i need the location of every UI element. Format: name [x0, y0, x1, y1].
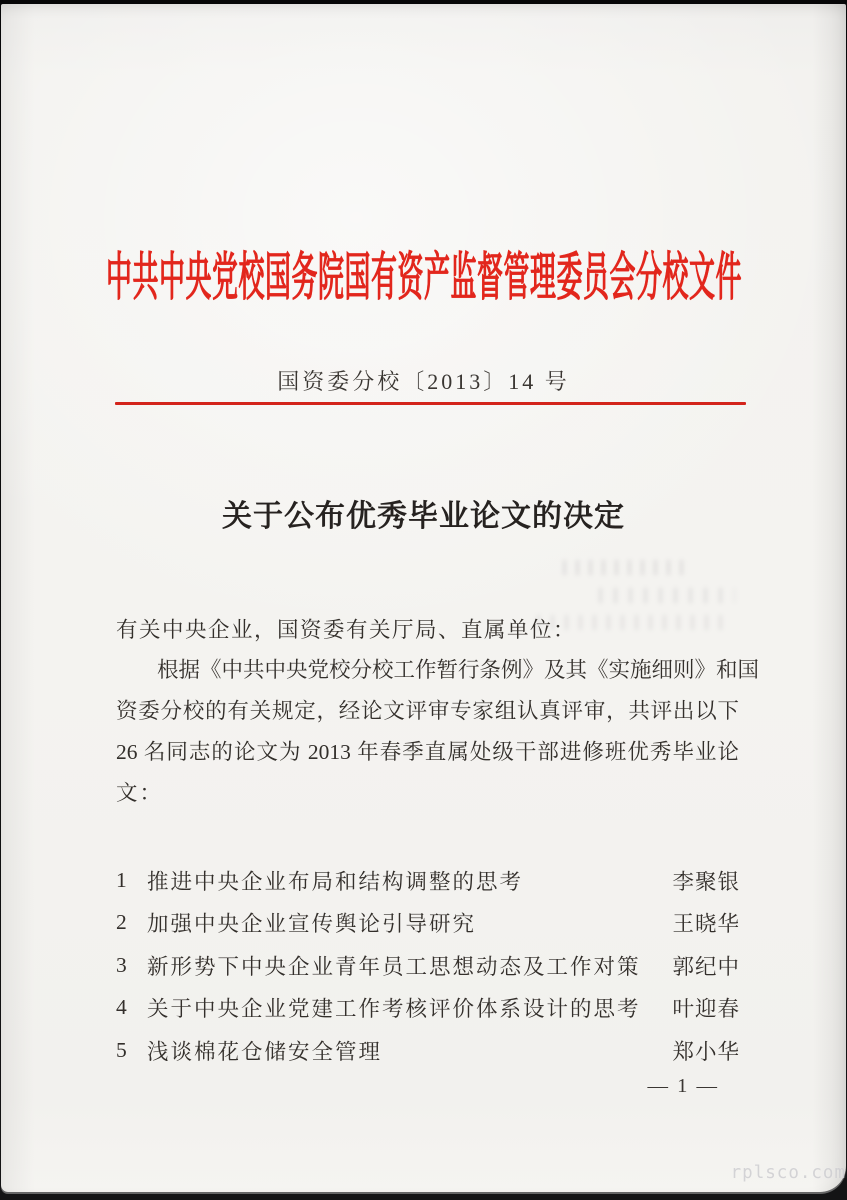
item-title: 推进中央企业布局和结构调整的思考 — [147, 865, 672, 896]
ink-bleedthrough-smudge — [599, 588, 735, 603]
list-item: 3 新形势下中央企业青年员工思想动态及工作对策 郭纪中 — [116, 944, 740, 987]
list-item: 2 加强中央企业宣传舆论引导研究 王晓华 — [116, 902, 740, 945]
body-paragraph: 根据《中共中央党校分校工作暂行条例》及其《实施细则》和国 资委分校的有关规定，经… — [116, 650, 739, 814]
watermark: rplsco.com — [731, 1163, 846, 1183]
body-line: 资委分校的有关规定，经论文评审专家组认真评审，共评出以下 — [116, 691, 739, 732]
body-line: 根据《中共中央党校分校工作暂行条例》及其《实施细则》和国 — [116, 650, 739, 691]
salutation-line: 有关中央企业，国资委有关厅局、直属单位： — [116, 613, 740, 644]
item-number: 5 — [116, 1038, 147, 1063]
item-number: 3 — [116, 953, 147, 978]
item-title: 浅谈棉花仓储安全管理 — [147, 1035, 672, 1066]
item-number: 1 — [116, 868, 147, 893]
red-divider-line — [115, 402, 746, 405]
document-title: 关于公布优秀毕业论文的决定 — [1, 491, 846, 535]
item-author: 李聚银 — [672, 865, 740, 896]
scanned-document: 中共中央党校国务院国有资产监督管理委员会分校文件 国资委分校〔2013〕14 号… — [0, 0, 847, 1200]
body-line: 文： — [116, 773, 739, 814]
document-number: 国资委分校〔2013〕14 号 — [1, 365, 846, 396]
item-title: 关于中央企业党建工作考核评价体系设计的思考 — [147, 992, 672, 1023]
item-title: 加强中央企业宣传舆论引导研究 — [147, 907, 672, 938]
list-item: 4 关于中央企业党建工作考核评价体系设计的思考 叶迎春 — [116, 987, 740, 1030]
ink-bleedthrough-smudge — [563, 560, 691, 575]
letterhead-title: 中共中央党校国务院国有资产监督管理委员会分校文件 — [106, 235, 742, 310]
thesis-list: 1 推进中央企业布局和结构调整的思考 李聚银 2 加强中央企业宣传舆论引导研究 … — [116, 859, 740, 1072]
document-page: 中共中央党校国务院国有资产监督管理委员会分校文件 国资委分校〔2013〕14 号… — [1, 4, 846, 1192]
list-item: 5 浅谈棉花仓储安全管理 郑小华 — [116, 1029, 740, 1072]
list-item: 1 推进中央企业布局和结构调整的思考 李聚银 — [116, 859, 740, 902]
item-author: 郭纪中 — [672, 950, 740, 981]
item-author: 郑小华 — [672, 1035, 740, 1066]
item-author: 叶迎春 — [672, 992, 740, 1023]
item-number: 2 — [116, 910, 147, 935]
page-number: — 1 — — [648, 1075, 720, 1098]
item-author: 王晓华 — [672, 907, 740, 938]
item-title: 新形势下中央企业青年员工思想动态及工作对策 — [147, 950, 672, 981]
body-line: 26 名同志的论文为 2013 年春季直属处级干部进修班优秀毕业论 — [116, 732, 739, 773]
item-number: 4 — [116, 995, 147, 1020]
red-letterhead: 中共中央党校国务院国有资产监督管理委员会分校文件 — [1, 235, 846, 310]
